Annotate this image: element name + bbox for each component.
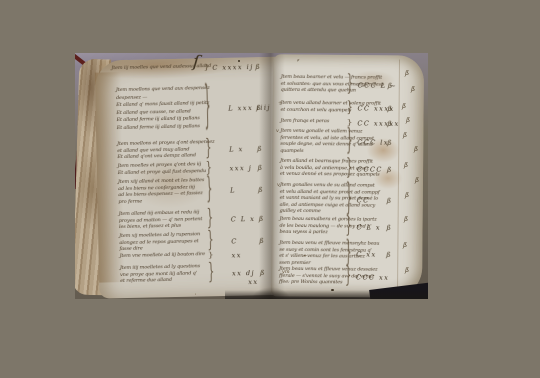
entry-brace: } [204, 80, 212, 136]
desk-background: { "meta": { "description": "Photograph o… [0, 0, 540, 378]
entry-brace: } [208, 261, 215, 285]
entry-amount: C [231, 237, 238, 245]
sous-mark: ß [258, 186, 263, 194]
entry-text: Jtem moellons que vend aux despensezdesp… [116, 85, 211, 133]
fore-edge-sous-mark: ß [404, 216, 408, 223]
entry-amount: CCC lx [357, 139, 389, 147]
fore-edge-sous-mark: ß [406, 117, 410, 124]
margin-mark: v [277, 182, 280, 188]
ink-speck [238, 60, 240, 62]
margin-mark: ~ [303, 253, 307, 259]
entry-amount: xx dj [232, 269, 255, 278]
entry-amount: C L x [231, 215, 256, 224]
sous-mark: ß [386, 251, 390, 259]
entry-text: Jtem iiij moelletes ad ly questionsvne p… [120, 263, 201, 285]
sous-mark: ß [388, 82, 392, 90]
sous-mark: ß [260, 269, 265, 277]
fore-edge-sous-mark: ß [403, 242, 407, 249]
sous-mark: ß [386, 224, 390, 232]
entry-text: Jtem vne moellete ad iij bouton dire [120, 251, 206, 260]
entry-brace: } [347, 73, 354, 97]
entry-brace: } [208, 251, 215, 260]
entry-brace: } [203, 63, 210, 72]
entry-amount: xxx j [230, 164, 253, 173]
gutter-curl-mark: ˝ [295, 59, 303, 69]
entry-amount: L xxx iiij [228, 103, 271, 112]
entry-brace: } [345, 215, 352, 239]
entry-text: Jtem xiij alland et mont et les buttesad… [118, 177, 205, 205]
entry-brace: } [207, 207, 214, 231]
margin-mark: vm [282, 269, 290, 275]
fore-edge-sous-mark: ß [405, 192, 409, 199]
margin-mark: ' [195, 293, 196, 299]
margin-mark: + [278, 100, 282, 106]
sous-mark: ß [255, 62, 260, 70]
entry-amount: C L x [356, 223, 381, 231]
sous-mark: ß [256, 104, 261, 112]
sous-mark: ß [387, 196, 391, 204]
entry-brace: } [346, 126, 353, 158]
fore-edge-sous-mark: ß [405, 267, 409, 274]
handwriting-layer: ſ ˝ Jtem iij moelles que vend audessuz a… [75, 53, 428, 299]
entry-amount: xx [248, 277, 259, 285]
fore-edge-sous-mark: ß [415, 177, 419, 184]
entry-amount: L [230, 187, 236, 195]
entry-amount: CC [357, 196, 370, 204]
fore-edge-sous-mark: ß [403, 132, 407, 139]
sous-mark: ß [387, 166, 391, 174]
fore-edge-sous-mark: ß [405, 70, 409, 77]
entry-brace: } [346, 157, 353, 181]
entry-brace: } [206, 174, 213, 206]
sous-mark: ß [257, 145, 262, 153]
entry-amount: C xx [356, 251, 376, 259]
sous-mark: ß [387, 139, 391, 147]
margin-mark: . [131, 296, 133, 299]
fore-edge-sous-mark: ß [411, 86, 415, 93]
entry-amount: CCCC [357, 165, 383, 173]
entry-amount: CC xxxxx [357, 119, 399, 127]
ink-speck [331, 289, 334, 291]
sous-mark: ß [259, 215, 264, 223]
fore-edge-sous-mark: ß [404, 162, 408, 169]
entry-text: Jtem xij moelletes ad ly rupensionalonge… [119, 231, 200, 253]
entry-amount: C xxxx ij [212, 62, 254, 71]
entry-text: Jtem moellons et proyes q'ont despenseze… [117, 139, 215, 161]
entry-text: Jtem alland iiij embaus et redu iiijproy… [119, 209, 203, 231]
margin-mark: v [276, 128, 279, 134]
entry-brace: } [207, 229, 214, 253]
sous-mark: ß [258, 163, 263, 171]
manuscript-photo: ſ ˝ Jtem iij moelles que vend audessuz a… [75, 53, 428, 299]
entry-text: Jtem moelles et proyes q'ont des iijEt a… [118, 161, 207, 176]
entry-amount: xx [232, 251, 243, 259]
entry-amount: L x [229, 145, 244, 153]
sous-mark: ß [387, 104, 391, 112]
entry-amount: CCC xx [356, 273, 389, 281]
sous-mark: ß [259, 237, 264, 245]
entry-text: Jtem franqs et peras [280, 118, 329, 125]
entry-brace: } [345, 265, 352, 289]
sous-mark: ß [387, 119, 391, 127]
entry-brace: } [205, 137, 212, 161]
fore-edge-sous-mark: ß [402, 103, 406, 110]
entry-brace: } [346, 179, 353, 219]
fore-edge-sous-mark: ß [414, 146, 418, 153]
entry-brace: } [346, 99, 353, 115]
